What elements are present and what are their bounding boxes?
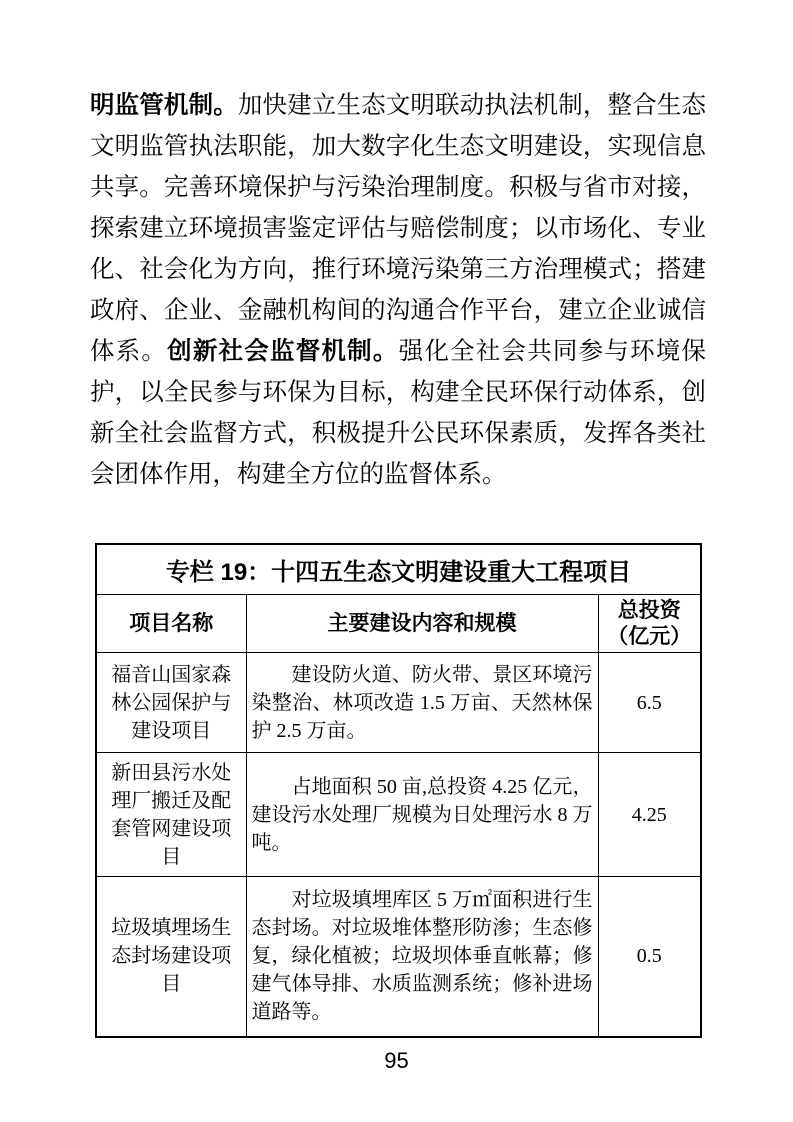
- paragraph-text-1: 加快建立生态文明联动执法机制，整合生态文明监管执法职能，加大数字化生态文明建设，…: [90, 92, 706, 365]
- project-investment-cell: 0.5: [598, 877, 701, 1037]
- body-paragraph: 明监管机制。加快建立生态文明联动执法机制，整合生态文明监管执法职能，加大数字化生…: [90, 85, 706, 495]
- table-row: 新田县污水处理厂搬迁及配套管网建设项目 占地面积 50 亩,总投资 4.25 亿…: [96, 753, 701, 877]
- column-header-project-name: 项目名称: [96, 595, 246, 653]
- project-investment-cell: 6.5: [598, 653, 701, 753]
- project-content-cell: 占地面积 50 亩,总投资 4.25 亿元，建设污水处理厂规模为日处理污水 8 …: [246, 753, 598, 877]
- project-investment-cell: 4.25: [598, 753, 701, 877]
- table-row: 福音山国家森林公园保护与建设项目 建设防火道、防火带、景区环境污染整治、林项改造…: [96, 653, 701, 753]
- project-name-cell: 福音山国家森林公园保护与建设项目: [96, 653, 246, 753]
- page-number: 95: [0, 1048, 793, 1074]
- project-content-cell: 对垃圾填埋库区 5 万㎡面积进行生态封场。对垃圾堆体整形防渗；生态修复，绿化植被…: [246, 877, 598, 1037]
- project-name-cell: 新田县污水处理厂搬迁及配套管网建设项目: [96, 753, 246, 877]
- column-header-total-investment-line2: （亿元）: [607, 625, 691, 648]
- major-projects-table: 专栏 19：十四五生态文明建设重大工程项目 项目名称 主要建设内容和规模 总投资…: [95, 543, 702, 1038]
- paragraph-bold-heading-2: 创新社会监督机制。: [167, 338, 398, 365]
- column-header-total-investment-line1: 总投资: [618, 599, 681, 622]
- table-header-row: 项目名称 主要建设内容和规模 总投资（亿元）: [96, 595, 701, 653]
- table-title-row: 专栏 19：十四五生态文明建设重大工程项目: [96, 544, 701, 595]
- column-header-total-investment: 总投资（亿元）: [598, 595, 701, 653]
- table-row: 垃圾填埋场生态封场建设项目 对垃圾填埋库区 5 万㎡面积进行生态封场。对垃圾堆体…: [96, 877, 701, 1037]
- table-title: 专栏 19：十四五生态文明建设重大工程项目: [96, 544, 701, 595]
- project-content-cell: 建设防火道、防火带、景区环境污染整治、林项改造 1.5 万亩、天然林保护 2.5…: [246, 653, 598, 753]
- paragraph-bold-heading-1: 明监管机制。: [90, 92, 238, 119]
- document-page: 明监管机制。加快建立生态文明联动执法机制，整合生态文明监管执法职能，加大数字化生…: [0, 0, 793, 1122]
- column-header-content-scale: 主要建设内容和规模: [246, 595, 598, 653]
- project-name-cell: 垃圾填埋场生态封场建设项目: [96, 877, 246, 1037]
